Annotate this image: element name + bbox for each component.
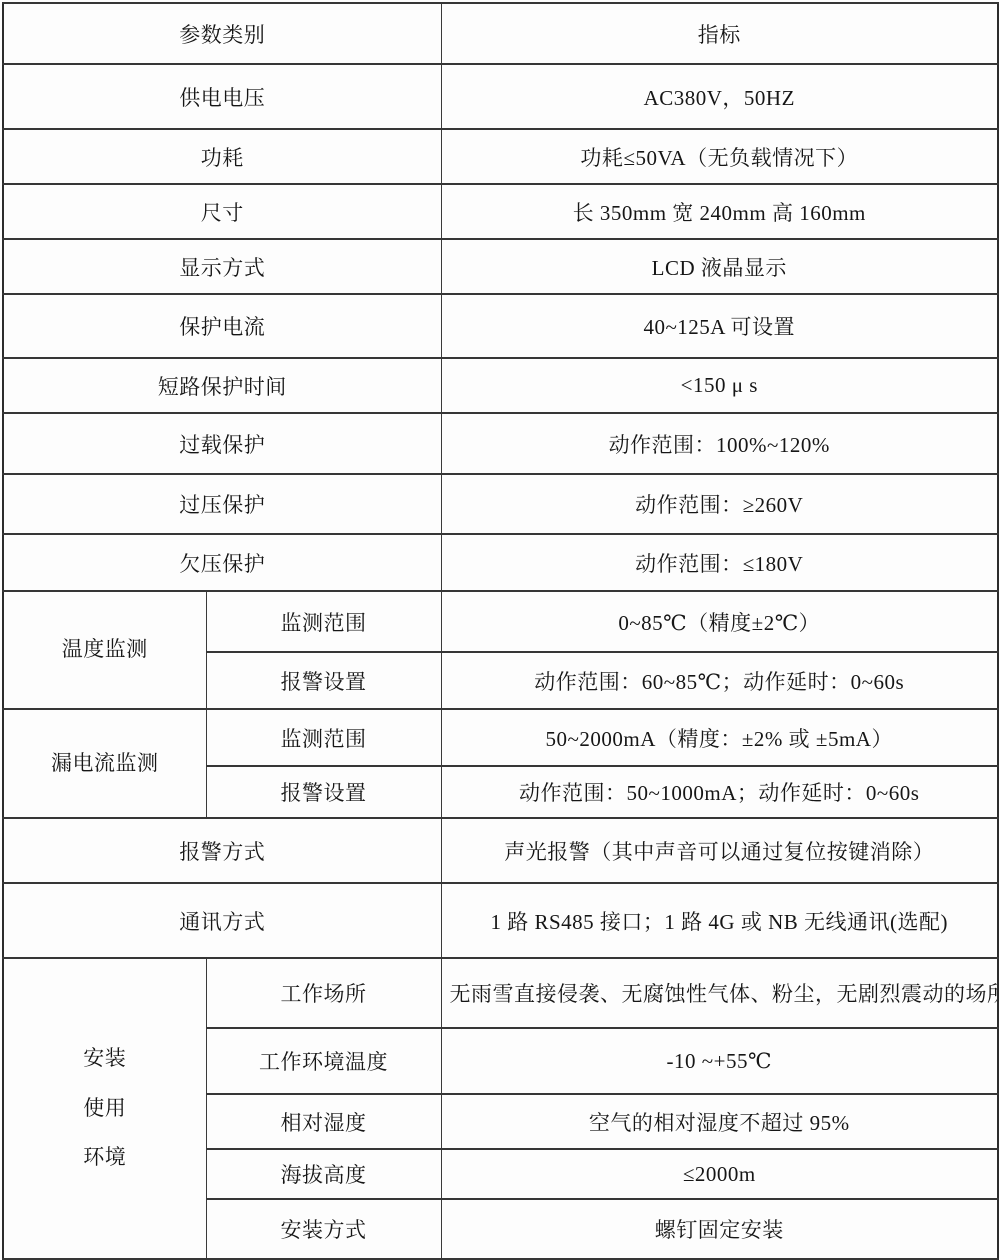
param-label-cell: 报警设置 xyxy=(206,652,441,709)
value-cell: 空气的相对湿度不超过 95% xyxy=(441,1094,998,1149)
param-label-cell: 报警方式 xyxy=(3,818,441,883)
param-label-cell: 欠压保护 xyxy=(3,534,441,591)
value-cell: 0~85℃（精度±2℃） xyxy=(441,591,998,652)
value-cell: 声光报警（其中声音可以通过复位按键消除） xyxy=(441,818,998,883)
table-row: 显示方式LCD 液晶显示 xyxy=(3,239,998,294)
value-cell: <150 μ s xyxy=(441,358,998,413)
header-param-col: 参数类别 xyxy=(3,3,441,64)
value-cell: 动作范围：≤180V xyxy=(441,534,998,591)
table-row: 功耗功耗≤50VA（无负载情况下） xyxy=(3,129,998,184)
value-cell: 动作范围：50~1000mA；动作延时：0~60s xyxy=(441,766,998,818)
param-label-cell: 短路保护时间 xyxy=(3,358,441,413)
value-cell: 无雨雪直接侵袭、无腐蚀性气体、粉尘，无剧烈震动的场所 xyxy=(441,958,998,1028)
group-label-cell: 安装 使用 环境 xyxy=(3,958,206,1258)
value-cell: 动作范围：≥260V xyxy=(441,474,998,534)
spec-table: 参数类别 指标 供电电压AC380V，50HZ功耗功耗≤50VA（无负载情况下）… xyxy=(2,2,999,1258)
param-label-cell: 海拔高度 xyxy=(206,1149,441,1199)
param-label-cell: 显示方式 xyxy=(3,239,441,294)
param-label-cell: 尺寸 xyxy=(3,184,441,239)
value-cell: 动作范围：100%~120% xyxy=(441,413,998,474)
table-row: 供电电压AC380V，50HZ xyxy=(3,64,998,129)
value-cell: 功耗≤50VA（无负载情况下） xyxy=(441,129,998,184)
param-label-cell: 监测范围 xyxy=(206,709,441,766)
table-row: 尺寸长 350mm 宽 240mm 高 160mm xyxy=(3,184,998,239)
param-label-cell: 供电电压 xyxy=(3,64,441,129)
header-row: 参数类别 指标 xyxy=(3,3,998,64)
param-label-cell: 过压保护 xyxy=(3,474,441,534)
value-cell: AC380V，50HZ xyxy=(441,64,998,129)
param-label-cell: 工作环境温度 xyxy=(206,1028,441,1094)
value-cell: LCD 液晶显示 xyxy=(441,239,998,294)
group-label-cell: 温度监测 xyxy=(3,591,206,709)
table-row: 短路保护时间<150 μ s xyxy=(3,358,998,413)
param-label-cell: 保护电流 xyxy=(3,294,441,358)
table-row: 报警方式声光报警（其中声音可以通过复位按键消除） xyxy=(3,818,998,883)
param-label-cell: 相对湿度 xyxy=(206,1094,441,1149)
spec-table-body: 供电电压AC380V，50HZ功耗功耗≤50VA（无负载情况下）尺寸长 350m… xyxy=(3,64,998,1258)
group-label-cell: 漏电流监测 xyxy=(3,709,206,818)
param-label-cell: 功耗 xyxy=(3,129,441,184)
table-row: 保护电流40~125A 可设置 xyxy=(3,294,998,358)
param-label-cell: 安装方式 xyxy=(206,1199,441,1258)
value-cell: 50~2000mA（精度：±2% 或 ±5mA） xyxy=(441,709,998,766)
table-row: 漏电流监测监测范围50~2000mA（精度：±2% 或 ±5mA） xyxy=(3,709,998,766)
param-label-cell: 监测范围 xyxy=(206,591,441,652)
page: 参数类别 指标 供电电压AC380V，50HZ功耗功耗≤50VA（无负载情况下）… xyxy=(0,0,1000,1258)
table-row: 通讯方式1 路 RS485 接口；1 路 4G 或 NB 无线通讯(选配) xyxy=(3,883,998,958)
table-row: 过载保护动作范围：100%~120% xyxy=(3,413,998,474)
value-cell: 动作范围：60~85℃；动作延时：0~60s xyxy=(441,652,998,709)
header-value-col: 指标 xyxy=(441,3,998,64)
table-row: 过压保护动作范围：≥260V xyxy=(3,474,998,534)
table-row: 温度监测监测范围0~85℃（精度±2℃） xyxy=(3,591,998,652)
value-cell: 1 路 RS485 接口；1 路 4G 或 NB 无线通讯(选配) xyxy=(441,883,998,958)
param-label-cell: 过载保护 xyxy=(3,413,441,474)
value-cell: 40~125A 可设置 xyxy=(441,294,998,358)
value-cell: 长 350mm 宽 240mm 高 160mm xyxy=(441,184,998,239)
param-label-cell: 工作场所 xyxy=(206,958,441,1028)
table-row: 欠压保护动作范围：≤180V xyxy=(3,534,998,591)
table-row: 安装 使用 环境工作场所无雨雪直接侵袭、无腐蚀性气体、粉尘，无剧烈震动的场所 xyxy=(3,958,998,1028)
value-cell: -10 ~+55℃ xyxy=(441,1028,998,1094)
param-label-cell: 通讯方式 xyxy=(3,883,441,958)
value-cell: 螺钉固定安装 xyxy=(441,1199,998,1258)
value-cell: ≤2000m xyxy=(441,1149,998,1199)
param-label-cell: 报警设置 xyxy=(206,766,441,818)
